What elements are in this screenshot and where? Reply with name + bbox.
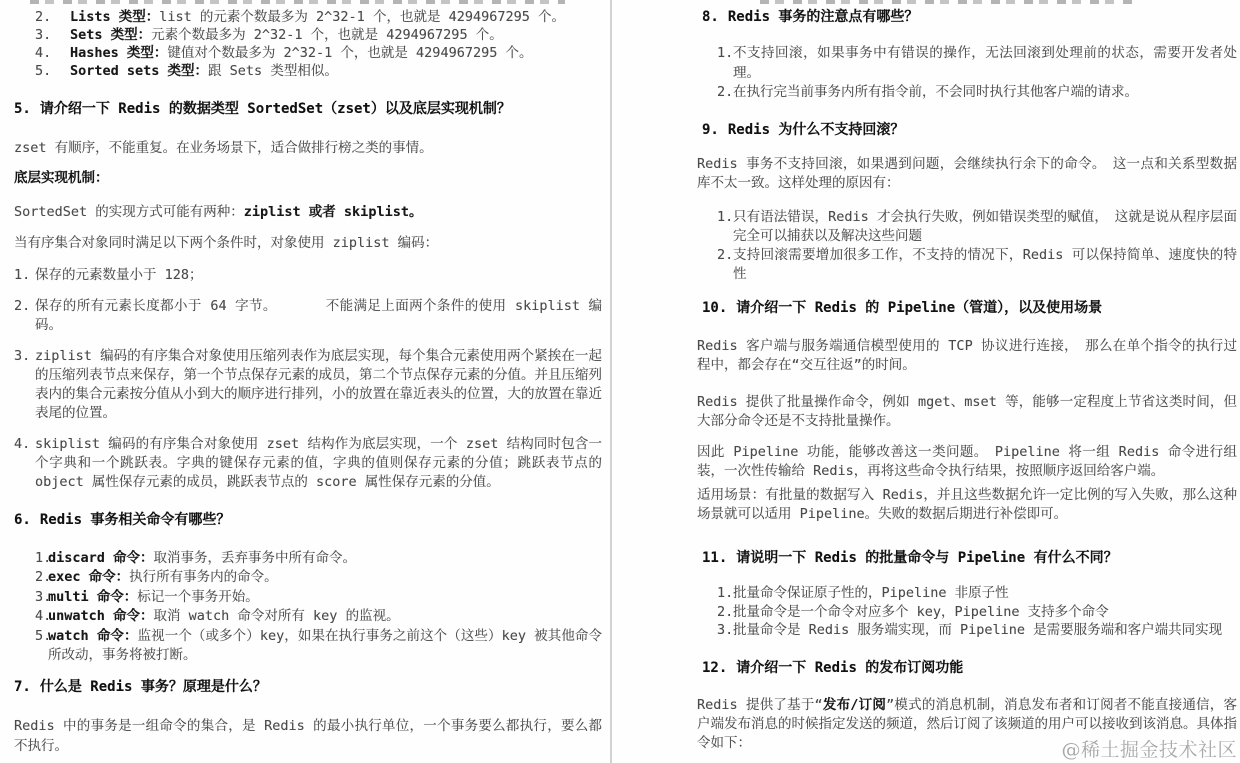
question-title: Redis 事务相关命令有哪些？	[40, 511, 231, 530]
list-item: 3. 批量命令是 Redis 服务端实现，而 Pipeline 是需要服务端和客…	[717, 621, 1237, 640]
list-text: discard 命令：取消事务，丢弃事务中所有命令。	[48, 549, 602, 568]
list-item: 1. 不支持回滚，如果事务中有错误的操作，无法回滚到处理前的状态，需要开发者处理…	[717, 44, 1237, 83]
rollback-reason-list: 1. 只有语法错误，Redis 才会执行失败，例如错误类型的赋值， 这就是说从程…	[697, 208, 1237, 284]
question-title: Redis 为什么不支持回滚？	[728, 121, 905, 140]
paragraph-batch-commands: Redis 提供了批量操作命令，例如 mget、mset 等，能够一定程度上节省…	[697, 393, 1237, 430]
list-number: 4.	[35, 44, 70, 62]
list-number: 1.	[14, 266, 35, 285]
list-text: Sorted sets 类型：跟 Sets 类型相似。	[70, 62, 602, 80]
page-divider	[610, 0, 612, 763]
list-item: 4. unwatch 命令：取消 watch 命令对所有 key 的监视。	[35, 607, 602, 626]
list-number: 5.	[35, 62, 70, 80]
paragraph-use-case: 适用场景：有批量的数据写入 Redis，并且这些数据允许一定比例的写入失败，那么…	[697, 486, 1237, 524]
list-text: 在执行完当前事务内所有指令前，不会同时执行其他客户端的请求。	[733, 83, 1237, 103]
paragraph-transaction-definition: Redis 中的事务是一组命令的集合，是 Redis 的最小执行单位，一个事务要…	[14, 717, 602, 756]
list-text: watch 命令：监视一个（或多个）key，如果在执行事务之前这个（这些）key…	[48, 627, 602, 666]
batch-vs-pipeline-list: 1. 批量命令保证原子性的，Pipeline 非原子性 2. 批量命令是一个命令…	[697, 584, 1237, 640]
list-number: 2.	[14, 297, 35, 335]
list-number: 5.	[35, 627, 48, 666]
document-page: 2. Lists 类型：list 的元素个数最多为 2^32-1 个，也就是 4…	[0, 0, 1240, 763]
list-number: 3.	[35, 26, 70, 44]
list-text: 只有语法错误，Redis 才会执行失败，例如错误类型的赋值， 这就是说从程序层面…	[733, 208, 1237, 246]
paragraph-implementations: SortedSet 的实现方式可能有两种：ziplist 或者 skiplist…	[14, 203, 602, 222]
list-text: 批量命令是一个命令对应多个 key，Pipeline 支持多个命令	[733, 603, 1237, 622]
list-text: Lists 类型：list 的元素个数最多为 2^32-1 个，也就是 4294…	[70, 8, 602, 26]
list-item: 4. Hashes 类型：键值对个数最多为 2^32-1 个，也就是 42949…	[35, 44, 602, 62]
list-number: 3.	[717, 621, 733, 640]
list-item: 5. watch 命令：监视一个（或多个）key，如果在执行事务之前这个（这些）…	[35, 627, 602, 666]
paragraph-pipeline: 因此 Pipeline 功能，能够改善这一类问题。 Pipeline 将一组 R…	[697, 443, 1237, 480]
question-number: 9.	[702, 121, 719, 140]
question-title: 什么是 Redis 事务？原理是什么？	[40, 678, 267, 697]
list-number: 2.	[717, 83, 733, 103]
question-number: 7.	[14, 678, 31, 697]
question-number: 12.	[702, 659, 727, 678]
list-number: 2.	[717, 246, 733, 284]
paragraph-mechanism-label: 底层实现机制：	[14, 169, 602, 188]
list-item: 5. Sorted sets 类型：跟 Sets 类型相似。	[35, 62, 602, 80]
transaction-command-list: 1. discard 命令：取消事务，丢弃事务中所有命令。 2. exec 命令…	[14, 549, 602, 665]
site-watermark: @稀土掘金技术社区	[1061, 735, 1237, 762]
list-number: 4.	[14, 435, 35, 492]
question-heading-7: 7. 什么是 Redis 事务？原理是什么？	[14, 678, 602, 697]
list-number: 1.	[717, 584, 733, 603]
list-number: 2.	[35, 8, 70, 26]
list-text: 不支持回滚，如果事务中有错误的操作，无法回滚到处理前的状态，需要开发者处理。	[733, 44, 1237, 83]
list-item: 1. discard 命令：取消事务，丢弃事务中所有命令。	[35, 549, 602, 568]
list-text: 保存的元素数量小于 128；	[35, 266, 602, 285]
list-number: 3.	[14, 347, 35, 423]
list-number: 4.	[35, 607, 48, 626]
question-heading-10: 10. 请介绍一下 Redis 的 Pipeline（管道），以及使用场景	[702, 299, 1237, 318]
list-number: 1.	[35, 549, 48, 568]
paragraph-zset: zset 有顺序，不能重复。在业务场景下，适合做排行榜之类的事情。	[14, 139, 602, 158]
list-text: unwatch 命令：取消 watch 命令对所有 key 的监视。	[48, 607, 602, 626]
list-number: 1.	[717, 44, 733, 83]
list-text: 保存的所有元素长度都小于 64 字节。 不能满足上面两个条件的使用 skipli…	[35, 297, 602, 335]
list-text: Sets 类型：元素个数最多为 2^32-1 个，也就是 4294967295 …	[70, 26, 602, 44]
list-text: exec 命令：执行所有事务内的命令。	[48, 568, 602, 587]
question-number: 5.	[14, 100, 31, 119]
list-item: 2. 在执行完当前事务内所有指令前，不会同时执行其他客户端的请求。	[717, 83, 1237, 103]
list-item: 1. 只有语法错误，Redis 才会执行失败，例如错误类型的赋值， 这就是说从程…	[717, 208, 1237, 246]
list-text: 批量命令是 Redis 服务端实现，而 Pipeline 是需要服务端和客户端共…	[733, 621, 1237, 640]
list-text: multi 命令：标记一个事务开始。	[48, 588, 602, 607]
list-item: 3. multi 命令：标记一个事务开始。	[35, 588, 602, 607]
paragraph-ziplist-conditions: 当有序集合对象同时满足以下两个条件时，对象使用 ziplist 编码：	[14, 234, 602, 253]
question-heading-8: 8. Redis 事务的注意点有哪些？	[702, 8, 1237, 27]
list-number: 1.	[717, 208, 733, 246]
question-title: 请介绍一下 Redis 的发布订阅功能	[736, 659, 963, 678]
ziplist-condition-list: 1. 保存的元素数量小于 128； 2. 保存的所有元素长度都小于 64 字节。…	[14, 266, 602, 504]
list-number: 2.	[35, 568, 48, 587]
right-column: 8. Redis 事务的注意点有哪些？ 1. 不支持回滚，如果事务中有错误的操作…	[697, 0, 1237, 763]
list-item: 4. skiplist 编码的有序集合对象使用 zset 结构作为底层实现，一个…	[14, 435, 602, 492]
question-number: 11.	[702, 549, 727, 568]
list-item: 1. 批量命令保证原子性的，Pipeline 非原子性	[717, 584, 1237, 603]
list-number: 2.	[717, 603, 733, 622]
question-heading-9: 9. Redis 为什么不支持回滚？	[702, 121, 1237, 140]
list-text: 批量命令保证原子性的，Pipeline 非原子性	[733, 584, 1237, 603]
list-item: 3. ziplist 编码的有序集合对象使用压缩列表作为底层实现，每个集合元素使…	[14, 347, 602, 423]
list-item: 2. 支持回滚需要增加很多工作，不支持的情况下，Redis 可以保持简单、速度快…	[717, 246, 1237, 284]
paragraph-tcp: Redis 客户端与服务端通信模型使用的 TCP 协议进行连接， 那么在单个指令…	[697, 337, 1237, 375]
question-title: Redis 事务的注意点有哪些？	[728, 8, 919, 27]
list-text: skiplist 编码的有序集合对象使用 zset 结构作为底层实现，一个 zs…	[35, 435, 602, 492]
question-heading-6: 6. Redis 事务相关命令有哪些？	[14, 511, 602, 530]
left-column: 2. Lists 类型：list 的元素个数最多为 2^32-1 个，也就是 4…	[14, 0, 602, 763]
list-item: 3. Sets 类型：元素个数最多为 2^32-1 个，也就是 42949672…	[35, 26, 602, 44]
list-item: 2. Lists 类型：list 的元素个数最多为 2^32-1 个，也就是 4…	[35, 8, 602, 26]
list-item: 2. exec 命令：执行所有事务内的命令。	[35, 568, 602, 587]
list-number: 3.	[35, 588, 48, 607]
list-text: Hashes 类型：键值对个数最多为 2^32-1 个，也就是 42949672…	[70, 44, 602, 62]
question-title: 请说明一下 Redis 的批量命令与 Pipeline 有什么不同？	[736, 549, 1117, 568]
list-text: ziplist 编码的有序集合对象使用压缩列表作为底层实现，每个集合元素使用两个…	[35, 347, 602, 423]
question-heading-11: 11. 请说明一下 Redis 的批量命令与 Pipeline 有什么不同？	[702, 549, 1237, 568]
paragraph-no-rollback: Redis 事务不支持回滚，如果遇到问题，会继续执行余下的命令。 这一点和关系型…	[697, 155, 1237, 192]
question-title: 请介绍一下 Redis 的数据类型 SortedSet（zset）以及底层实现机…	[40, 100, 511, 119]
question-heading-12: 12. 请介绍一下 Redis 的发布订阅功能	[702, 659, 1237, 678]
question-number: 6.	[14, 511, 31, 530]
list-item: 1. 保存的元素数量小于 128；	[14, 266, 602, 285]
question-number: 10.	[702, 299, 727, 318]
list-text: 支持回滚需要增加很多工作，不支持的情况下，Redis 可以保持简单、速度快的特性	[733, 246, 1237, 284]
question-number: 8.	[702, 8, 719, 27]
question-heading-5: 5. 请介绍一下 Redis 的数据类型 SortedSet（zset）以及底层…	[14, 100, 602, 119]
list-item: 2. 批量命令是一个命令对应多个 key，Pipeline 支持多个命令	[717, 603, 1237, 622]
question-title: 请介绍一下 Redis 的 Pipeline（管道），以及使用场景	[736, 299, 1102, 318]
transaction-notes-list: 1. 不支持回滚，如果事务中有错误的操作，无法回滚到处理前的状态，需要开发者处理…	[697, 44, 1237, 103]
data-type-list: 2. Lists 类型：list 的元素个数最多为 2^32-1 个，也就是 4…	[14, 8, 602, 80]
list-item: 2. 保存的所有元素长度都小于 64 字节。 不能满足上面两个条件的使用 ski…	[14, 297, 602, 335]
